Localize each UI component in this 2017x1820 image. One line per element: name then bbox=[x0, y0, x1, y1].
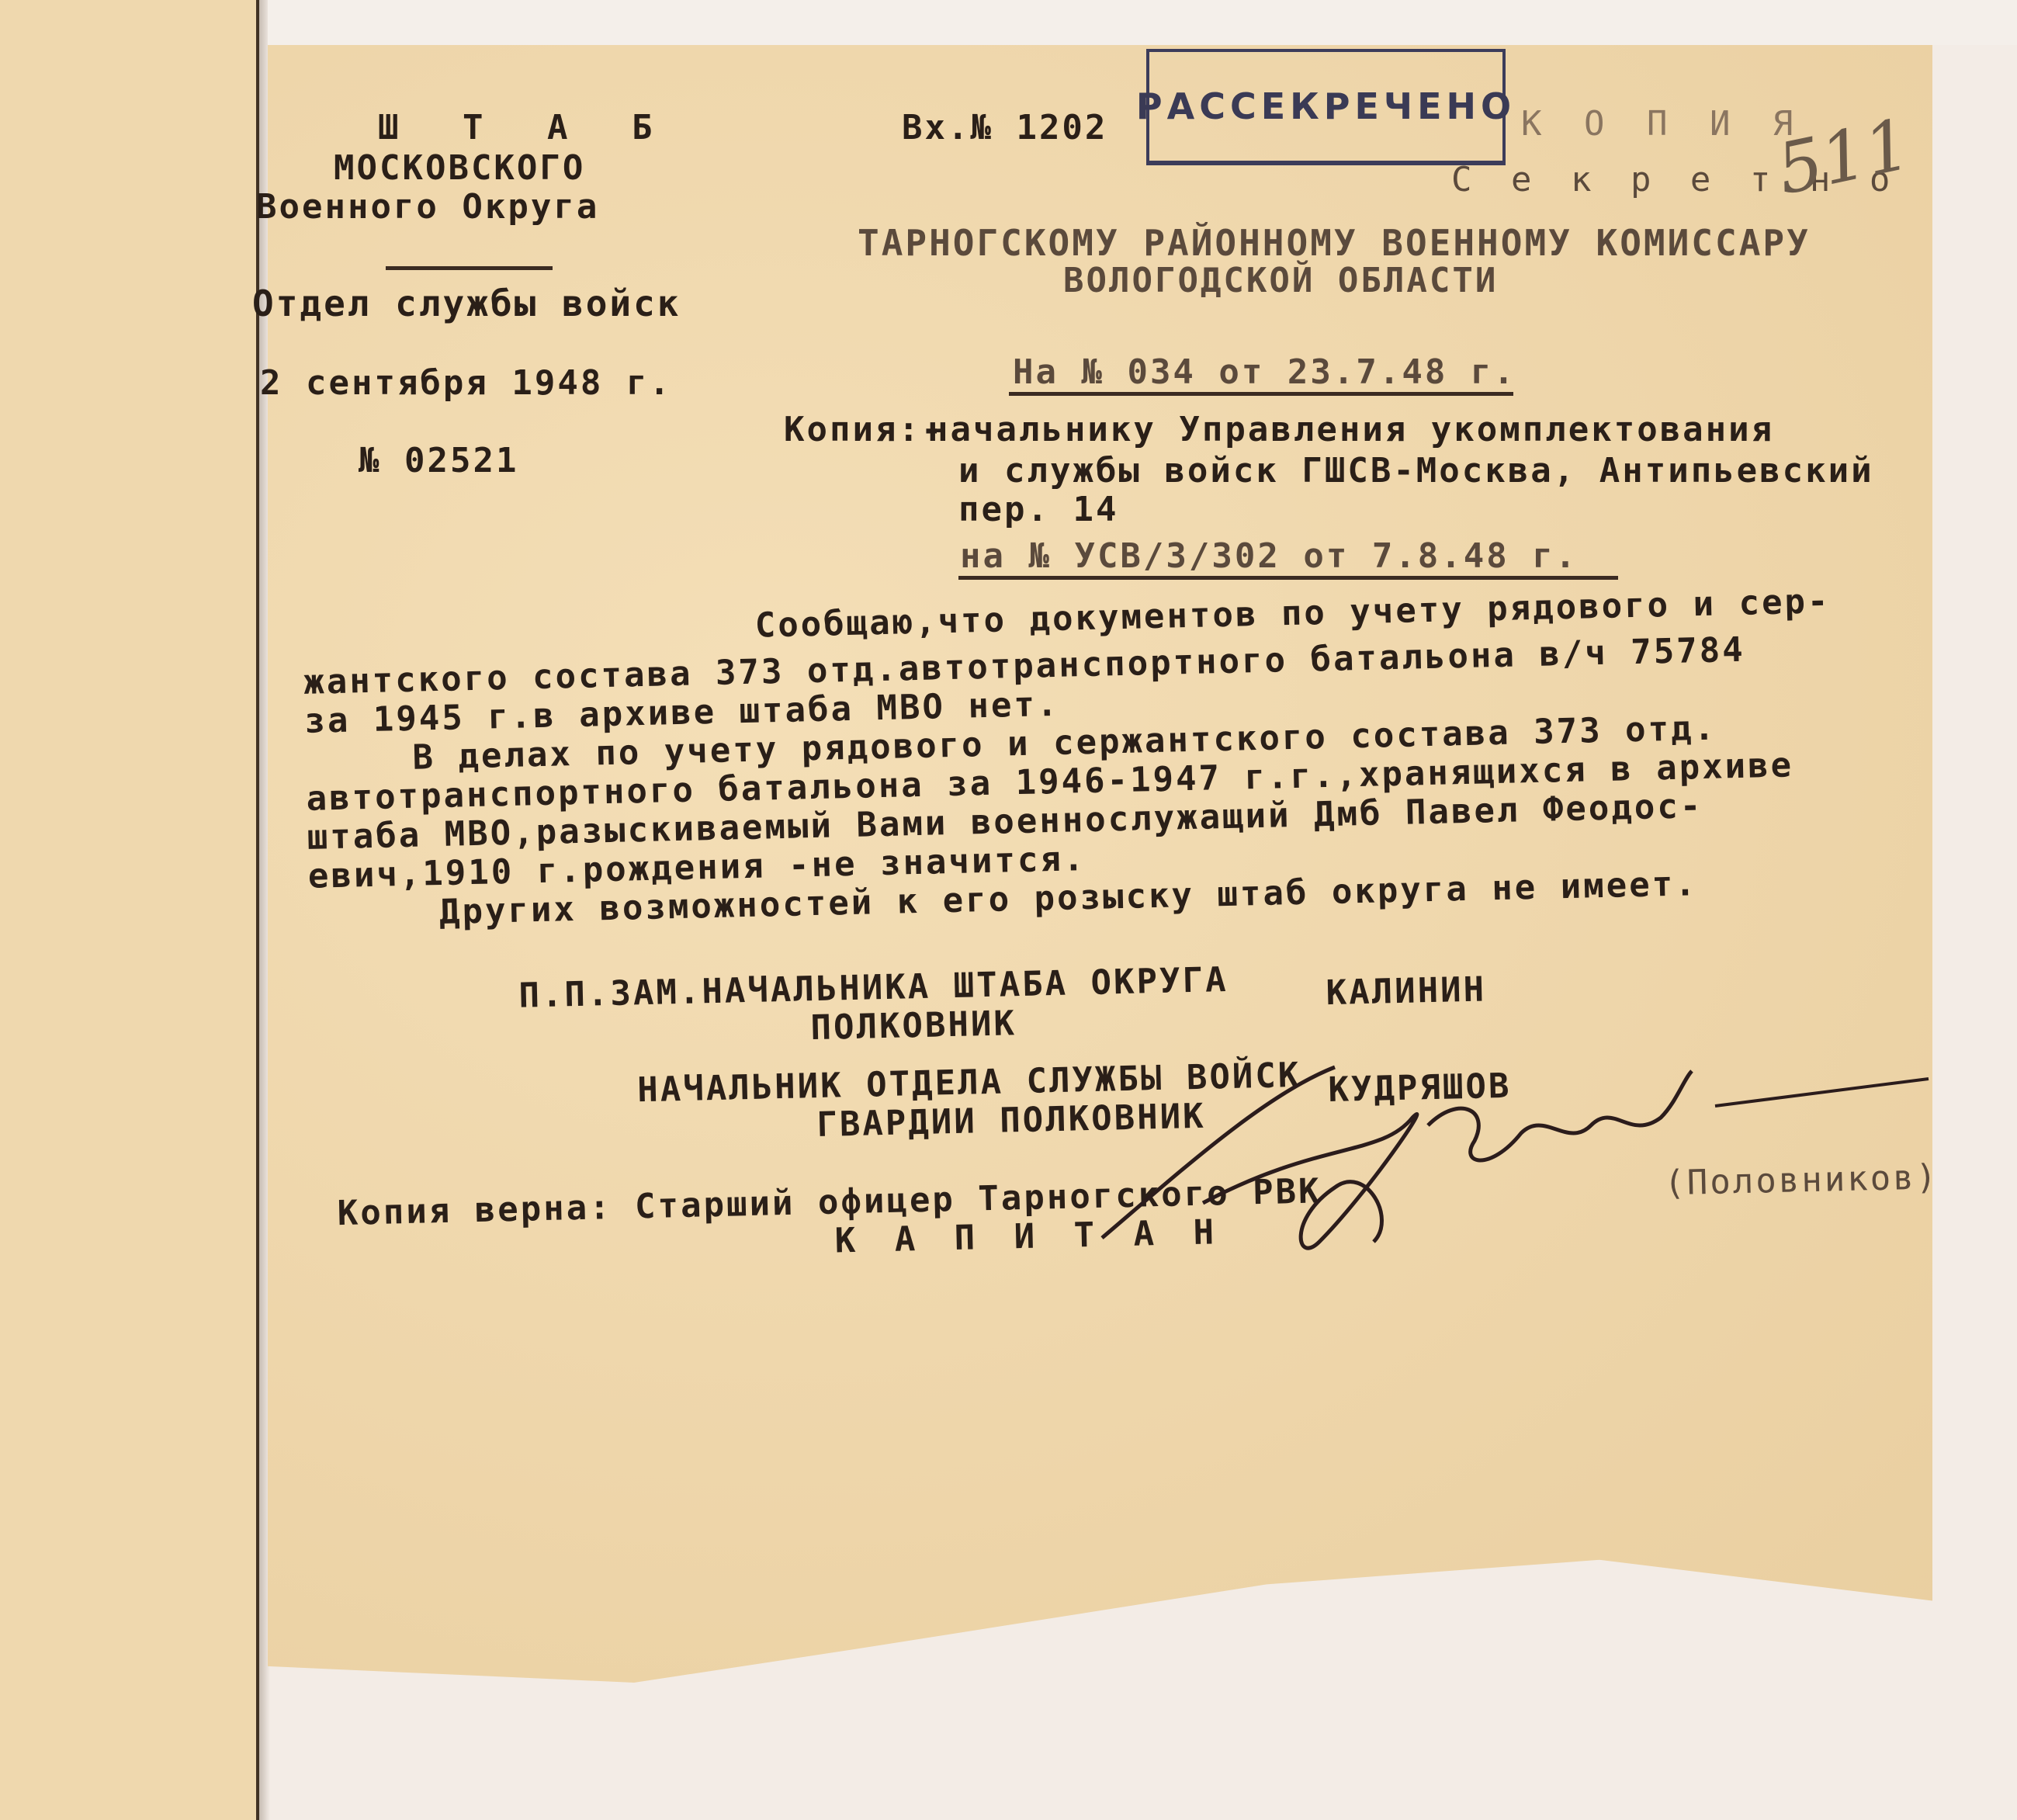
copy-to-line2: и службы войск ГШСВ-Москва, Антипьевский bbox=[958, 454, 1874, 488]
reference-2: на № УСВ/3/302 от 7.8.48 г. bbox=[960, 539, 1578, 574]
document-date: 2 сентября 1948 г. bbox=[260, 366, 672, 400]
copy-mark: К О П И Я bbox=[1521, 107, 1804, 141]
org-heading: Ш Т А Б bbox=[378, 111, 674, 145]
sig1-rank: ПОЛКОВНИК bbox=[810, 1007, 1017, 1045]
background-strip bbox=[268, 0, 2017, 45]
reference-1: На № 034 от 23.7.48 г. bbox=[1013, 355, 1516, 390]
copy-to-line3: пер. 14 bbox=[958, 493, 1118, 527]
left-facing-page bbox=[0, 0, 259, 1820]
reference-1-underline bbox=[1009, 392, 1513, 396]
department-line: Отдел службы войск bbox=[252, 286, 681, 321]
handwritten-signature bbox=[1086, 1063, 1948, 1265]
addressee-line2: ВОЛОГОДСКОЙ ОБЛАСТИ bbox=[1063, 264, 1498, 298]
org-name-line: МОСКОВСКОГО bbox=[334, 151, 585, 185]
declassified-stamp: РАССЕКРЕЧЕНО bbox=[1146, 49, 1506, 165]
copy-to-label: Копия:- bbox=[784, 413, 944, 447]
incoming-number: Вх.№ 1202 bbox=[902, 111, 1107, 145]
org-district-line: Военного Округа bbox=[256, 190, 599, 224]
document-number: № 02521 bbox=[359, 444, 518, 478]
addressee-line1: ТАРНОГСКОМУ РАЙОННОМУ ВОЕННОМУ КОМИССАРУ bbox=[858, 225, 1811, 261]
divider bbox=[386, 266, 553, 270]
sig1-name: КАЛИНИН bbox=[1326, 972, 1486, 1011]
copy-to-line1: начальнику Управления укомплектования bbox=[927, 413, 1774, 447]
reference-2-underline bbox=[958, 576, 1618, 580]
